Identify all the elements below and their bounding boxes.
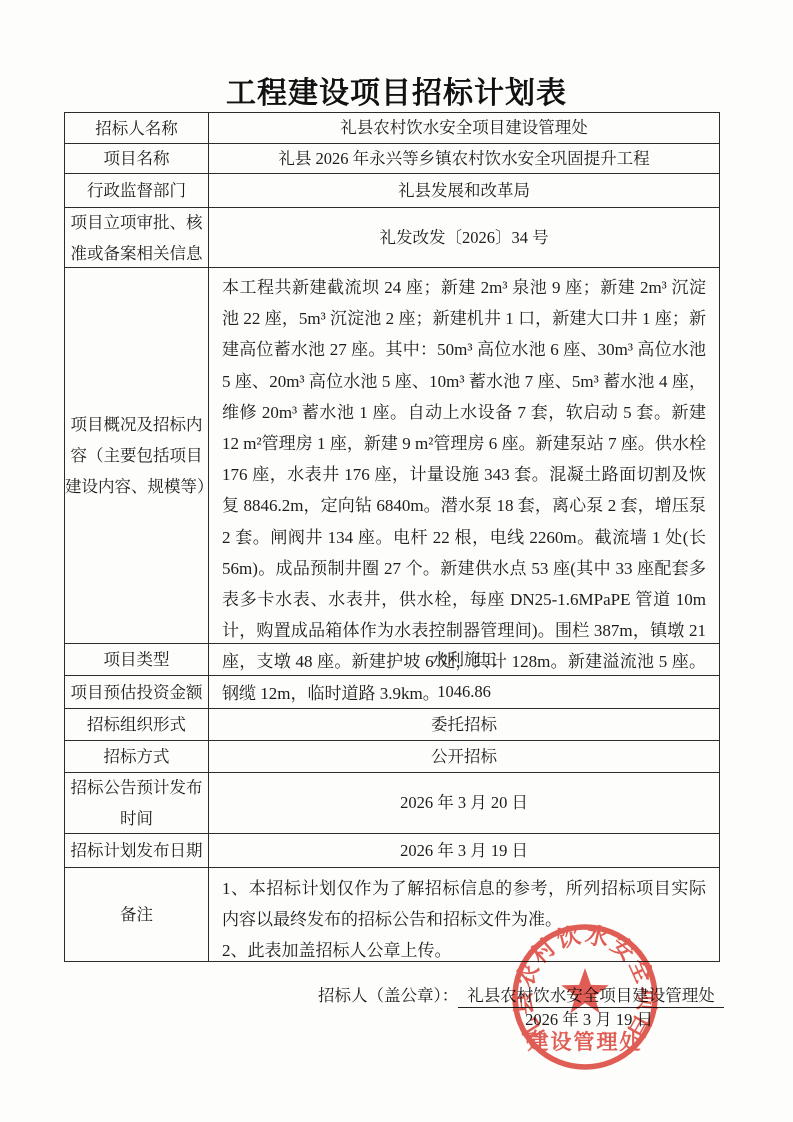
table-row-estimated-investment: 项目预估投资金额 1046.86 [65, 676, 719, 709]
row-value: 水利施工 [209, 644, 719, 675]
row-value: 礼发改发〔2026〕34 号 [209, 208, 719, 267]
remark-item-1: 1、本招标计划仅作为了解招标信息的参考，所列招标项目实际内容以最终发布的招标公告… [222, 873, 706, 935]
row-label: 招标人名称 [65, 113, 209, 143]
row-label: 备注 [65, 868, 209, 961]
row-value: 礼县 2026 年永兴等乡镇农村饮水安全巩固提升工程 [209, 144, 719, 173]
row-label: 行政监督部门 [65, 174, 209, 207]
table-row-remarks: 备注 1、本招标计划仅作为了解招标信息的参考，所列招标项目实际内容以最终发布的招… [65, 868, 719, 961]
tender-plan-table: 招标人名称 礼县农村饮水安全项目建设管理处 项目名称 礼县 2026 年永兴等乡… [64, 112, 720, 962]
row-value: 1046.86 [209, 676, 719, 708]
table-row-project-overview: 项目概况及招标内 容（主要包括项目 建设内容、规模等） 本工程共新建截流坝 24… [65, 268, 719, 644]
row-label: 项目预估投资金额 [65, 676, 209, 708]
row-label: 项目立项审批、核 准或备案相关信息 [65, 208, 209, 267]
table-row-tenderer-name: 招标人名称 礼县农村饮水安全项目建设管理处 [65, 113, 719, 144]
table-row-plan-publish-date: 招标计划发布日期 2026 年 3 月 19 日 [65, 834, 719, 868]
row-value: 礼县发展和改革局 [209, 174, 719, 207]
table-row-project-type: 项目类型 水利施工 [65, 644, 719, 676]
row-value: 礼县农村饮水安全项目建设管理处 [209, 113, 719, 143]
row-label: 项目概况及招标内 容（主要包括项目 建设内容、规模等） [65, 268, 209, 643]
row-label: 招标公告预计发布 时间 [65, 773, 209, 833]
row-value: 委托招标 [209, 709, 719, 740]
table-row-supervising-authority: 行政监督部门 礼县发展和改革局 [65, 174, 719, 208]
signature-label: 招标人（盖公章）： [318, 986, 458, 1005]
row-label: 招标方式 [65, 741, 209, 772]
seal-bottom-text: 建设管理处 [528, 1030, 643, 1054]
signature-line: 招标人（盖公章）：礼县农村饮水安全项目建设管理处 [318, 982, 724, 1008]
signature-name: 礼县农村饮水安全项目建设管理处 [458, 982, 724, 1008]
page-title: 工程建设项目招标计划表 [0, 68, 793, 112]
table-row-project-name: 项目名称 礼县 2026 年永兴等乡镇农村饮水安全巩固提升工程 [65, 144, 719, 174]
row-value: 2026 年 3 月 20 日 [209, 773, 719, 833]
remark-item-2: 2、此表加盖招标人公章上传。 [222, 935, 706, 966]
row-value: 2026 年 3 月 19 日 [209, 834, 719, 867]
row-value: 公开招标 [209, 741, 719, 772]
table-row-organization-form: 招标组织形式 委托招标 [65, 709, 719, 741]
signature-date: 2026 年 3 月 19 日 [460, 1006, 718, 1030]
table-row-announcement-date: 招标公告预计发布 时间 2026 年 3 月 20 日 [65, 773, 719, 834]
row-label: 项目名称 [65, 144, 209, 173]
row-label: 招标组织形式 [65, 709, 209, 740]
row-label: 项目类型 [65, 644, 209, 675]
remarks-text: 1、本招标计划仅作为了解招标信息的参考，所列招标项目实际内容以最终发布的招标公告… [209, 868, 719, 961]
table-row-tender-method: 招标方式 公开招标 [65, 741, 719, 773]
table-row-approval-info: 项目立项审批、核 准或备案相关信息 礼发改发〔2026〕34 号 [65, 208, 719, 268]
row-label: 招标计划发布日期 [65, 834, 209, 867]
project-overview-text: 本工程共新建截流坝 24 座；新建 2m³ 泉池 9 座；新建 2m³ 沉淀池 … [209, 268, 719, 643]
document-page: 工程建设项目招标计划表 招标人名称 礼县农村饮水安全项目建设管理处 项目名称 礼… [0, 0, 793, 1122]
